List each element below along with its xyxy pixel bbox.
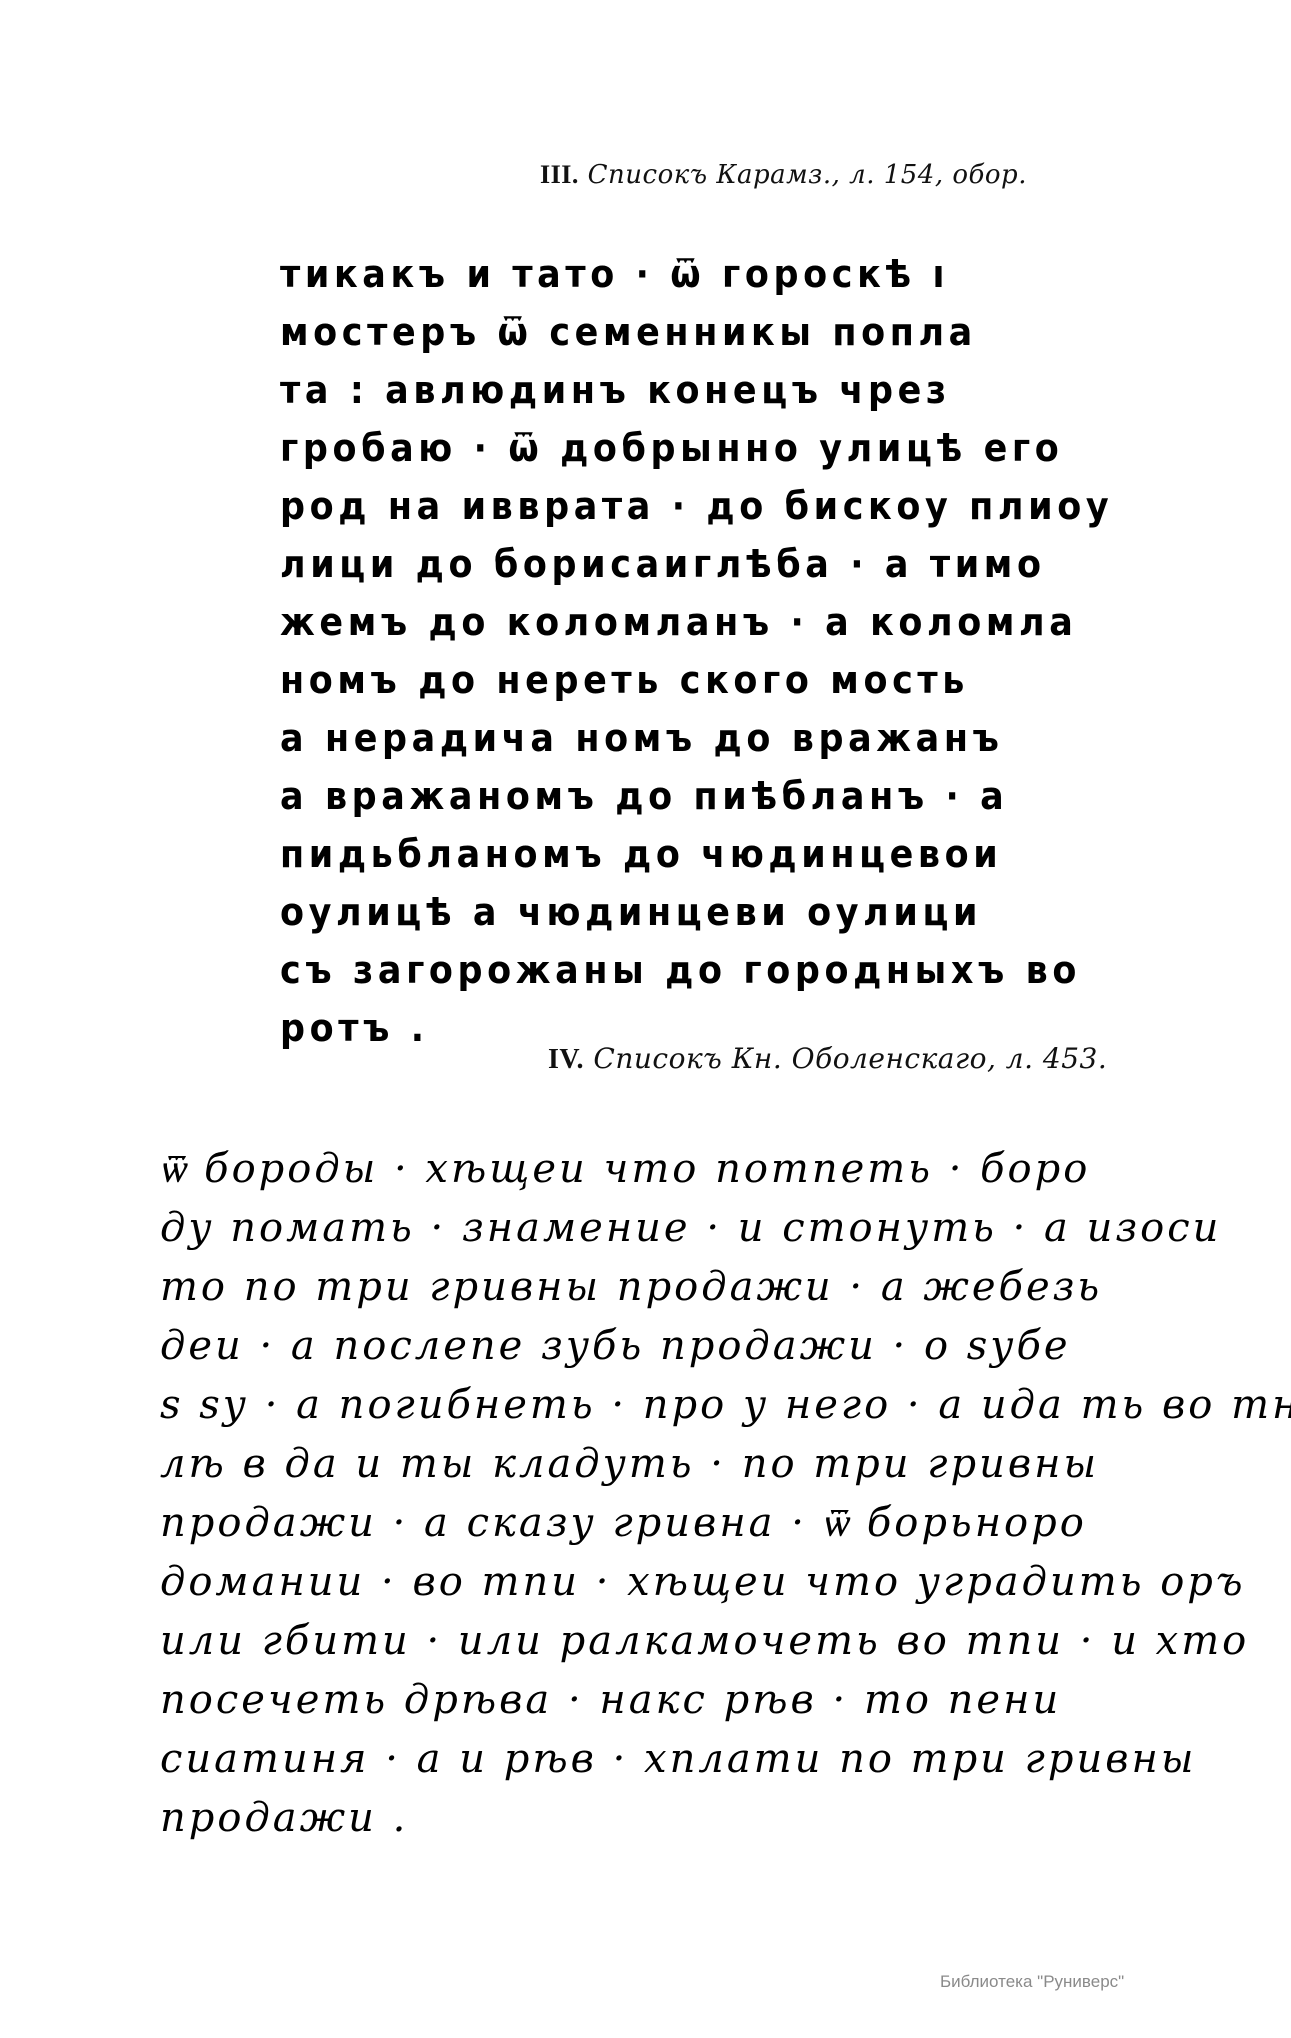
manuscript-line: тикакъ и тато · ѿ гороскѣ ı (280, 245, 979, 303)
manuscript-line: номъ до нереть ского мость (280, 651, 979, 709)
manuscript-line: гробаю · ѿ добрынно улицѣ его (280, 419, 979, 477)
section-iv-numeral: IV. (548, 1044, 584, 1075)
manuscript-line: а нерадича номъ до вражанъ (280, 709, 979, 767)
manuscript-line: ду помать · знамение · и стонуть · а изо… (160, 1199, 1160, 1258)
manuscript-line: домании · во тпи · хѣщеи что уградить ор… (160, 1553, 1160, 1612)
manuscript-line: съ загорожаны до городныхъ во (280, 941, 979, 999)
manuscript-line: а вражаномъ до пиѣбланъ · а (280, 767, 979, 825)
manuscript-line: жемъ до коломланъ · а коломла (280, 593, 979, 651)
section-iv-heading: IV. Списокъ Кн. Оболенскаго, л. 453. (548, 1042, 1107, 1076)
section-iii-heading: III. Списокъ Карамз., л. 154, обор. (540, 160, 1027, 190)
manuscript-line: деи · а послепе зубь продажи · о ѕубе (160, 1317, 1160, 1376)
manuscript-line: мостеръ ѿ семенникы попла (280, 303, 979, 361)
manuscript-line: лѣ в да и ты кладуть · по три гривны (160, 1435, 1160, 1494)
section-iii-numeral: III. (540, 160, 579, 189)
manuscript-line: продажи . (160, 1789, 1160, 1848)
section-iv-source: Списокъ Кн. Оболенскаго, л. 453. (593, 1042, 1107, 1075)
manuscript-line: посечеть дрѣва · накс рѣв · то пени (160, 1671, 1160, 1730)
manuscript-line: или гбити · или ралкамочеть во тпи · и х… (160, 1612, 1160, 1671)
manuscript-line: род на ивврата · до бискоу плиоу (280, 477, 979, 535)
manuscript-line: ѿ бороды · хѣщеи что потпеть · боро (160, 1140, 1160, 1199)
manuscript-line: оулицѣ а чюдинцеви оулици (280, 883, 979, 941)
section-iii-source: Списокъ Карамз., л. 154, обор. (588, 160, 1027, 190)
manuscript-line: лици до борисаиглѣба · а тимо (280, 535, 979, 593)
manuscript-line: пидьбланомъ до чюдинцевои (280, 825, 979, 883)
manuscript-line: то по три гривны продажи · а жебезь (160, 1258, 1160, 1317)
manuscript-line: та : авлюдинъ конецъ чрез (280, 361, 979, 419)
manuscript-line: продажи · а сказу гривна · ѿ борьноро (160, 1494, 1160, 1553)
section-iii-manuscript-text: тикакъ и тато · ѿ гороскѣ ı мостеръ ѿ се… (280, 245, 979, 1057)
library-watermark: Библиотека "Руниверс" (940, 1972, 1124, 1992)
manuscript-line: сиатиня · а и рѣв · хплати по три гривны (160, 1730, 1160, 1789)
section-iv-manuscript-text: ѿ бороды · хѣщеи что потпеть · боро ду п… (160, 1140, 1160, 1848)
manuscript-line: ѕ ѕу · а погибнеть · про у него · а ида … (160, 1376, 1160, 1435)
